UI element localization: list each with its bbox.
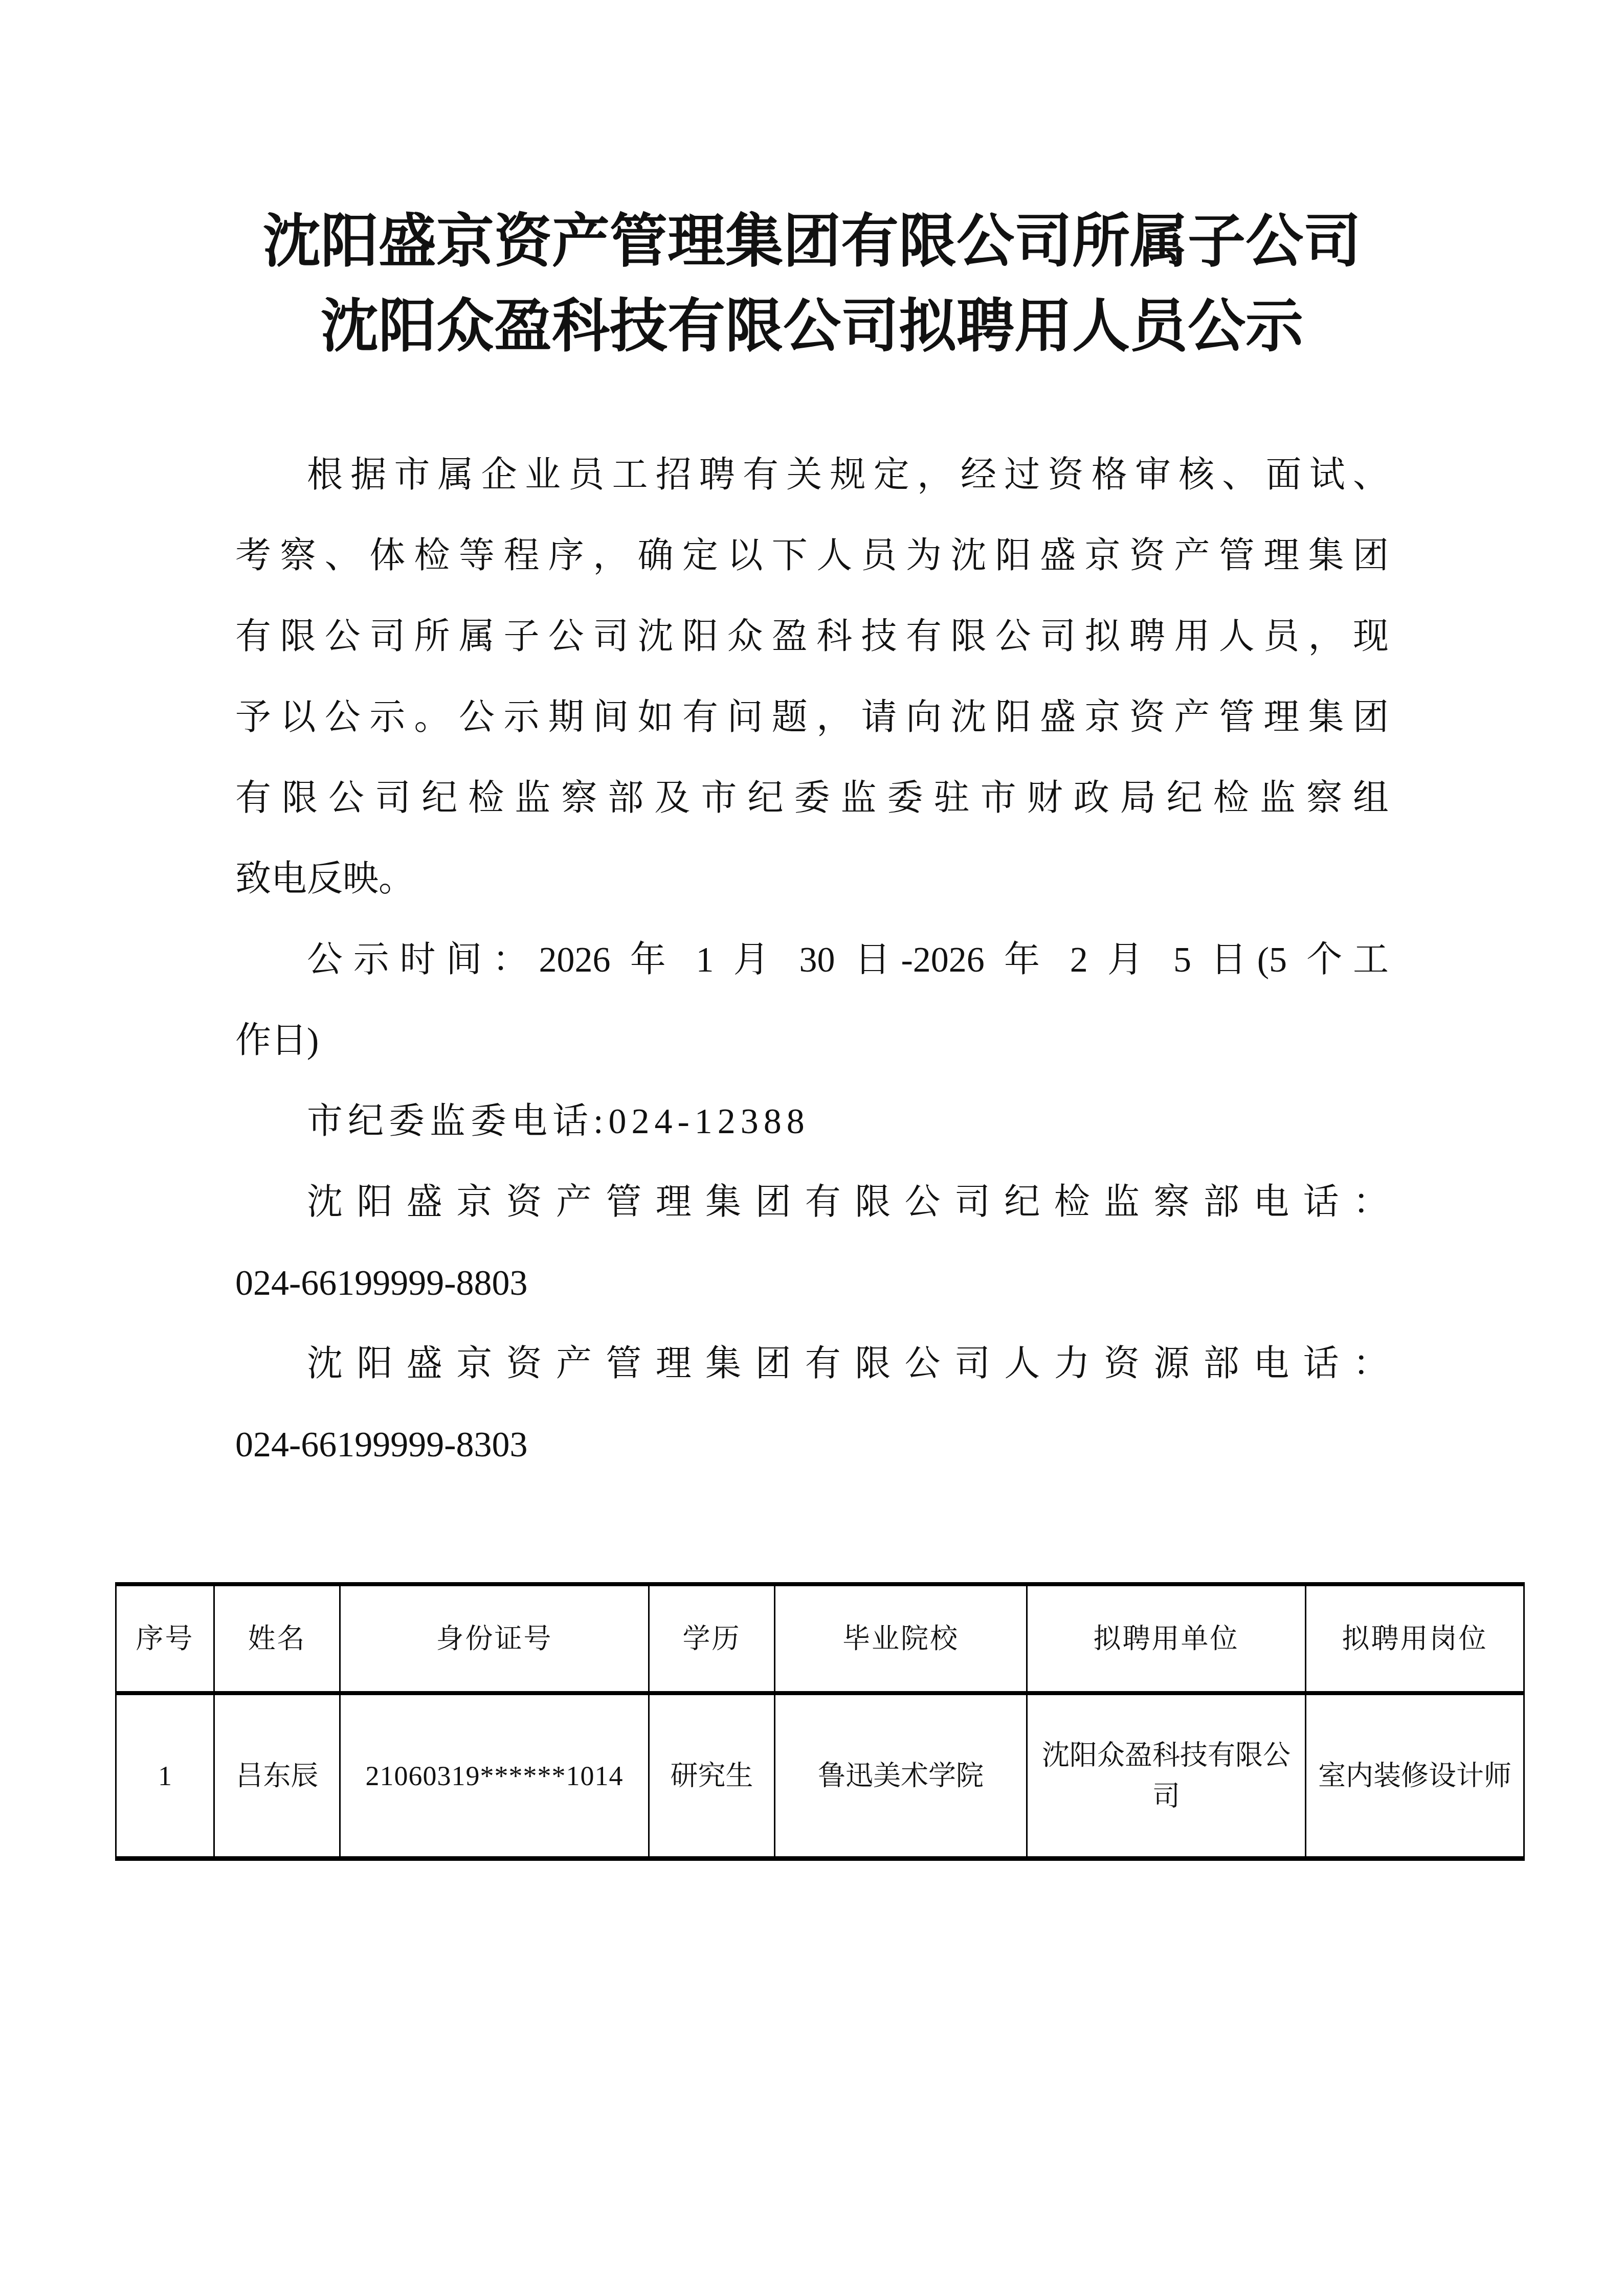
hr-dept-phone-label: 沈阳盛京资产管理集团有限公司人力资源部电话： (235, 1324, 1389, 1405)
header-hiring-unit: 拟聘用单位 (1027, 1584, 1306, 1693)
table-row: 1 吕东辰 21060319******1014 研究生 鲁迅美术学院 沈阳众盈… (116, 1693, 1524, 1859)
body-line-3: 有限公司所属子公司沈阳众盈科技有限公司拟聘用人员，现 (235, 597, 1389, 678)
header-id-number: 身份证号 (340, 1584, 649, 1693)
body-line-2: 考察、体检等程序，确定以下人员为沈阳盛京资产管理集团 (235, 516, 1389, 597)
commission-phone-line: 市纪委监委电话:024-12388 (235, 1082, 1389, 1162)
body-line-1: 根据市属企业员工招聘有关规定，经过资格审核、面试、 (235, 435, 1389, 516)
cell-graduate-school: 鲁迅美术学院 (775, 1693, 1027, 1859)
cell-name: 吕东辰 (214, 1693, 340, 1859)
notice-page: 沈阳盛京资产管理集团有限公司所属子公司 沈阳众盈科技有限公司拟聘用人员公示 根据… (0, 0, 1624, 2296)
body-line-6: 致电反映。 (235, 839, 1389, 920)
body-line-4: 予以公示。公示期间如有问题，请向沈阳盛京资产管理集团 (235, 678, 1389, 758)
header-name: 姓名 (214, 1584, 340, 1693)
document-title-line-1: 沈阳盛京资产管理集团有限公司所属子公司 (0, 199, 1624, 285)
cell-hiring-unit: 沈阳众盈科技有限公司 (1027, 1693, 1306, 1859)
cell-hiring-position: 室内装修设计师 (1306, 1693, 1524, 1859)
document-title-line-2: 沈阳众盈科技有限公司拟聘用人员公示 (0, 284, 1624, 370)
discipline-dept-phone-label: 沈阳盛京资产管理集团有限公司纪检监察部电话： (235, 1162, 1389, 1243)
header-graduate-school: 毕业院校 (775, 1584, 1027, 1693)
cell-serial-number: 1 (116, 1693, 214, 1859)
header-serial-number: 序号 (116, 1584, 214, 1693)
personnel-table: 序号 姓名 身份证号 学历 毕业院校 拟聘用单位 拟聘用岗位 1 吕东辰 210… (115, 1582, 1525, 1861)
cell-id-number: 21060319******1014 (340, 1693, 649, 1859)
header-hiring-position: 拟聘用岗位 (1306, 1584, 1524, 1693)
publicity-period-line: 公示时间：2026 年 1 月 30 日-2026 年 2 月 5 日(5 个工 (235, 920, 1389, 1001)
table-header-row: 序号 姓名 身份证号 学历 毕业院校 拟聘用单位 拟聘用岗位 (116, 1584, 1524, 1693)
discipline-dept-phone-number: 024-66199999-8803 (235, 1243, 1389, 1324)
body-line-5: 有限公司纪检监察部及市纪委监委驻市财政局纪检监察组 (235, 758, 1389, 839)
hr-dept-phone-number: 024-66199999-8303 (235, 1405, 1389, 1485)
cell-education: 研究生 (649, 1693, 775, 1859)
header-education: 学历 (649, 1584, 775, 1693)
body-line-8: 作日) (235, 1001, 1389, 1082)
